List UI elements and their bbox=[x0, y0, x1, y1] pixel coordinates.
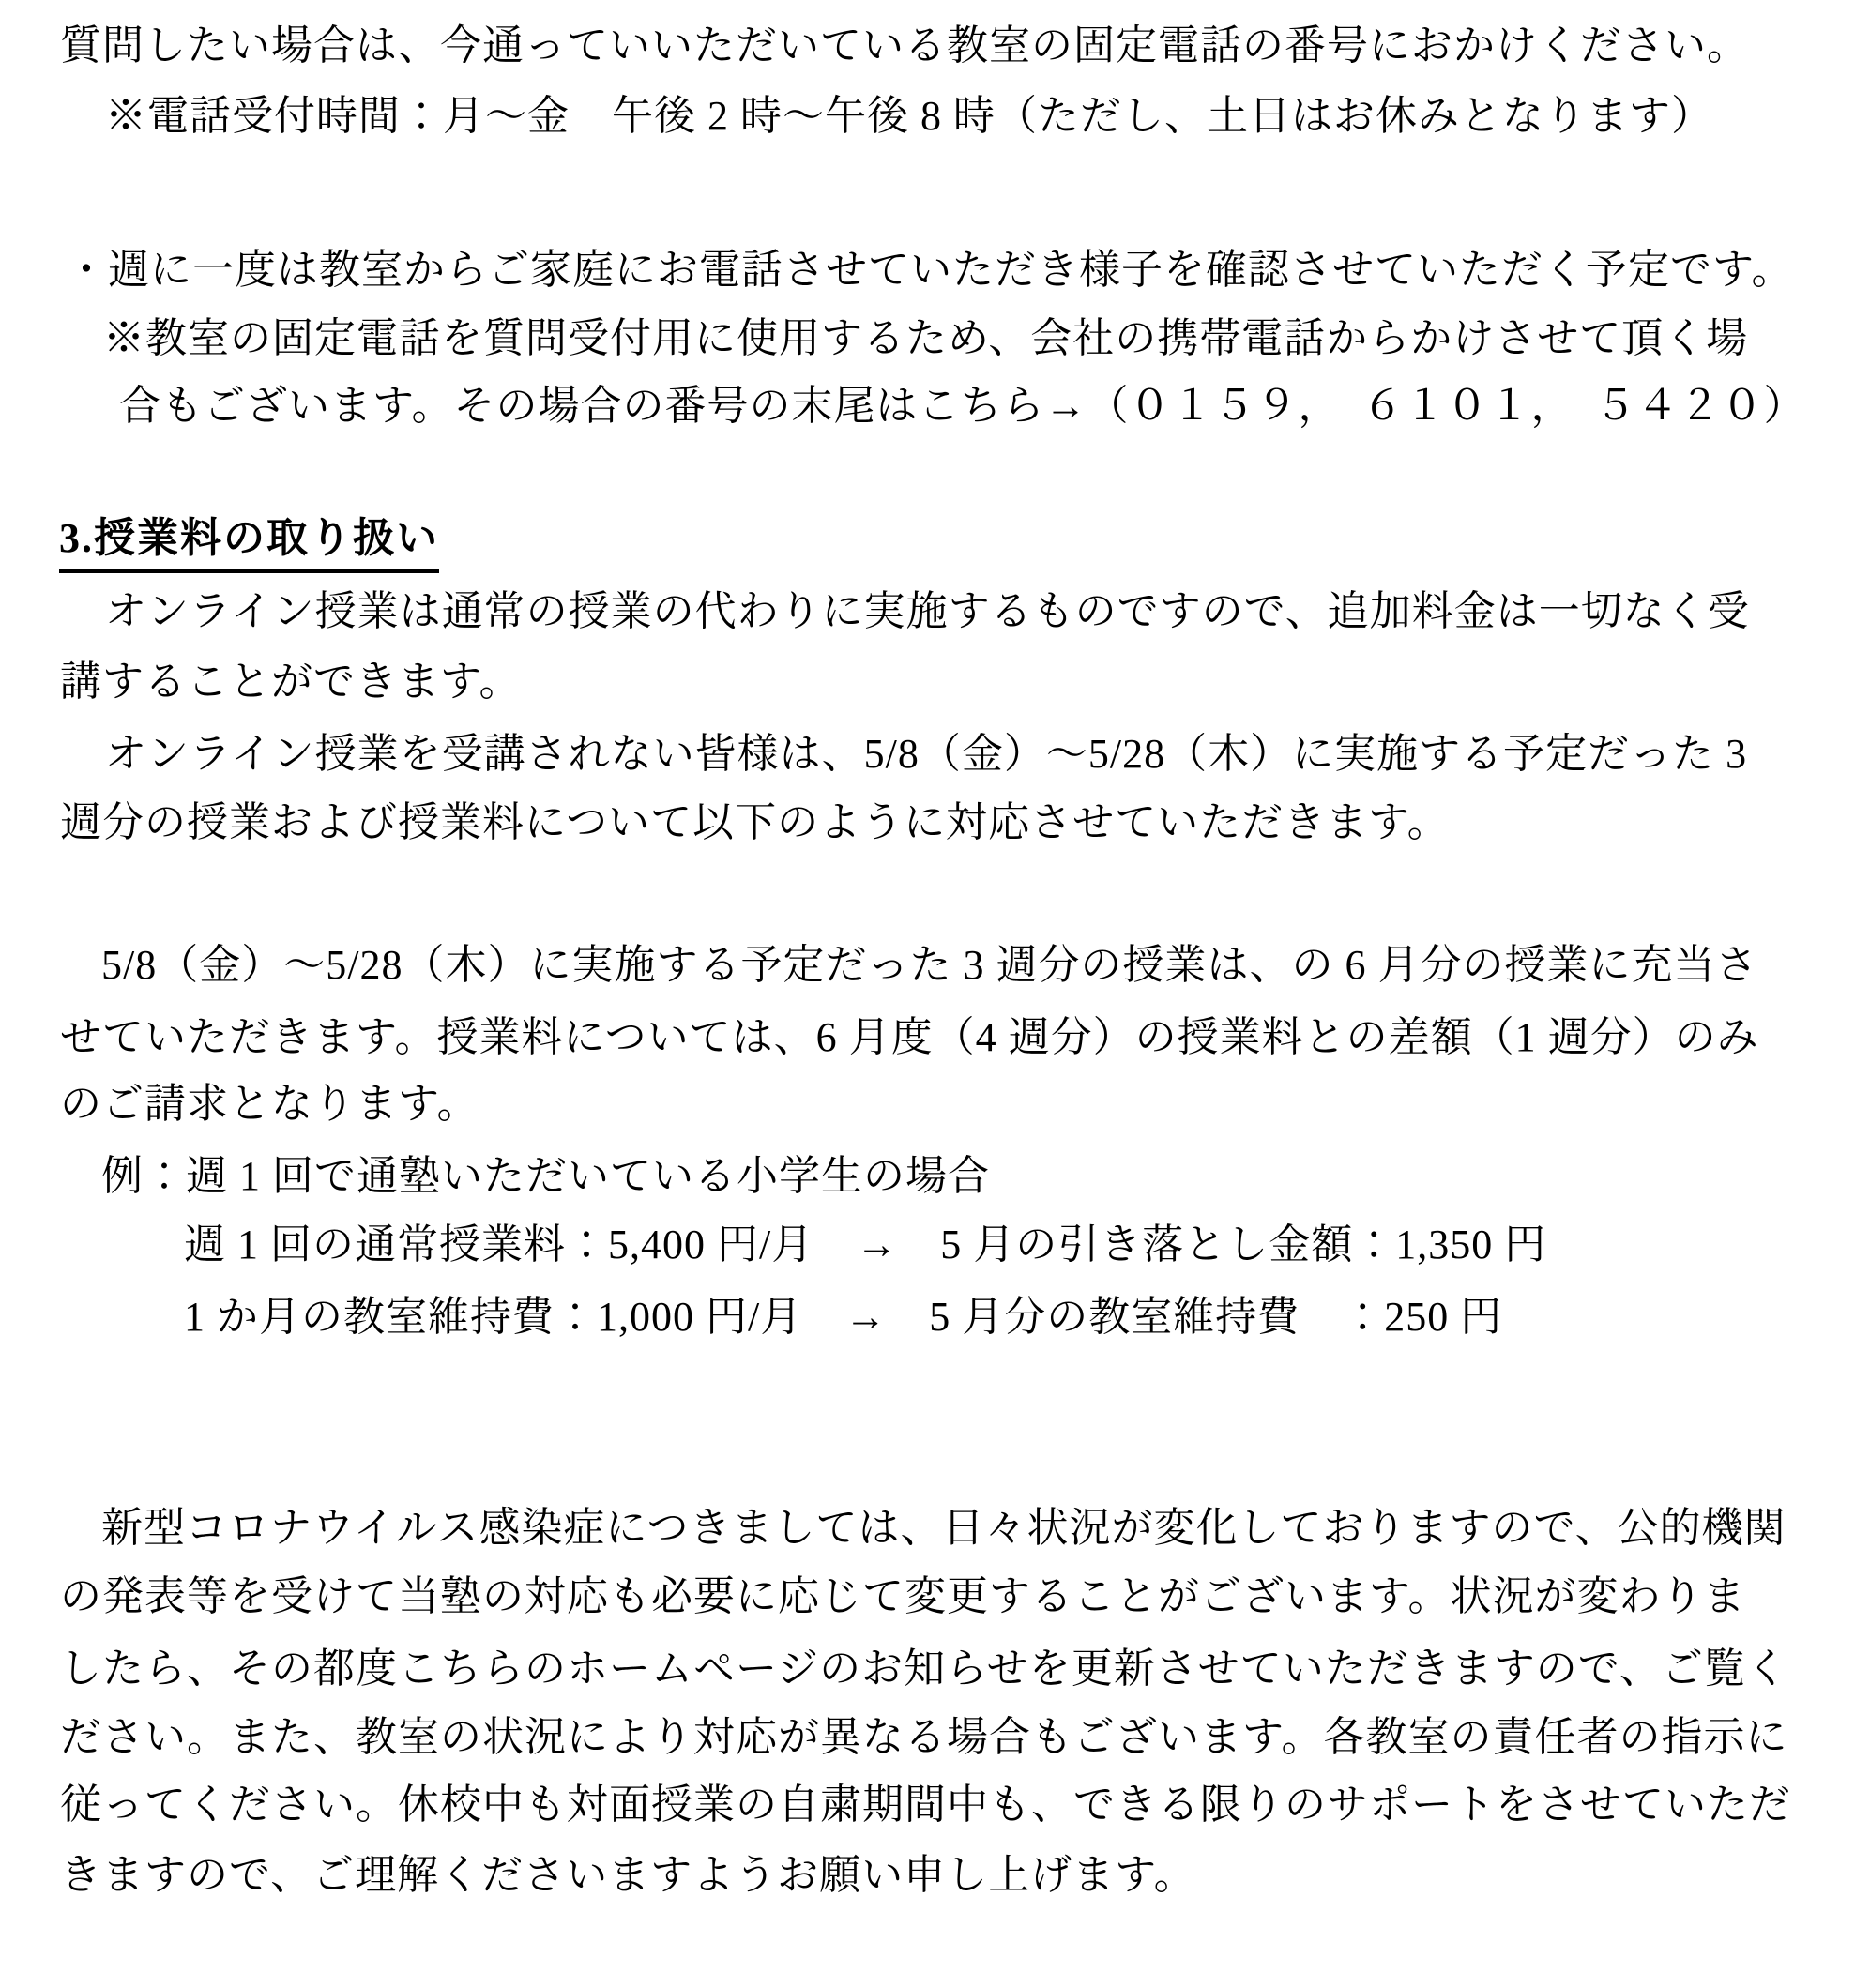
mobile-call-note-line-1: ※教室の固定電話を質問受付用に使用するため、会社の携帯電話からかけさせて頂く場 bbox=[103, 315, 1748, 363]
closing-para-line-3: したら、その都度こちらのホームページのお知らせを更新させていただきますので、ご覧… bbox=[60, 1646, 1788, 1693]
closing-para-line-1: 新型コロナウイルス感染症につきましては、日々状況が変化しておりますので、公的機関 bbox=[101, 1505, 1786, 1553]
tuition-para1-line-2: 講することができます。 bbox=[60, 659, 521, 706]
tuition-para2-line-1: オンライン授業を受講されない皆様は、5/8（金）～5/28（木）に実施する予定だ… bbox=[105, 731, 1747, 779]
closing-para-line-2: の発表等を受けて当塾の対応も必要に応じて変更することがございます。状況が変わりま bbox=[60, 1573, 1745, 1621]
tuition-para2-line-2: 週分の授業および授業料について以下のように対応させていただきます。 bbox=[60, 799, 1450, 847]
tuition-para1-line-1: オンライン授業は通常の授業の代わりに実施するものですので、追加料金は一切なく受 bbox=[105, 588, 1750, 636]
tuition-para3-line-1: 5/8（金）～5/28（木）に実施する予定だった 3 週分の授業は、の 6 月分… bbox=[101, 942, 1757, 990]
example-label: 例：週 1 回で通塾いただいている小学生の場合 bbox=[101, 1153, 990, 1201]
document-page: 質問したい場合は、今通っていいただいている教室の固定電話の番号におかけください。… bbox=[0, 0, 1870, 1988]
example-fee-row-1: 週 1 回の通常授業料：5,400 円/月 → 5 月の引き落とし金額：1,35… bbox=[184, 1222, 1546, 1269]
tuition-para3-line-3: のご請求となります。 bbox=[60, 1081, 479, 1129]
section-heading-tuition: 3.授業料の取り扱い bbox=[59, 515, 439, 573]
example-fee-row-2: 1 か月の教室維持費：1,000 円/月 → 5 月分の教室維持費 ：250 円 bbox=[184, 1294, 1502, 1342]
mobile-call-note-line-2: 合もございます。その場合の番号の末尾はこちら→（０１５９， ６１０１， ５４２０… bbox=[119, 383, 1805, 431]
closing-para-line-5: 従ってください。休校中も対面授業の自粛期間中も、できる限りのサポートをさせていた… bbox=[60, 1782, 1791, 1829]
closing-para-line-4: ださい。また、教室の状況により対応が異なる場合もございます。各教室の責任者の指示… bbox=[60, 1714, 1787, 1762]
phone-instruction-line: 質問したい場合は、今通っていいただいている教室の固定電話の番号におかけください。 bbox=[60, 23, 1749, 70]
phone-hours-note: ※電話受付時間：月～金 午後 2 時～午後 8 時（ただし、土日はお休みとなりま… bbox=[105, 93, 1713, 141]
tuition-para3-line-2: せていただきます。授業料については、6 月度（4 週分）の授業料との差額（1 週… bbox=[60, 1014, 1759, 1062]
closing-para-line-6: きますので、ご理解くださいますようお願い申し上げます。 bbox=[60, 1852, 1196, 1900]
weekly-call-bullet: ・週に一度は教室からご家庭にお電話させていただき様子を確認させていただく予定です… bbox=[66, 247, 1793, 295]
